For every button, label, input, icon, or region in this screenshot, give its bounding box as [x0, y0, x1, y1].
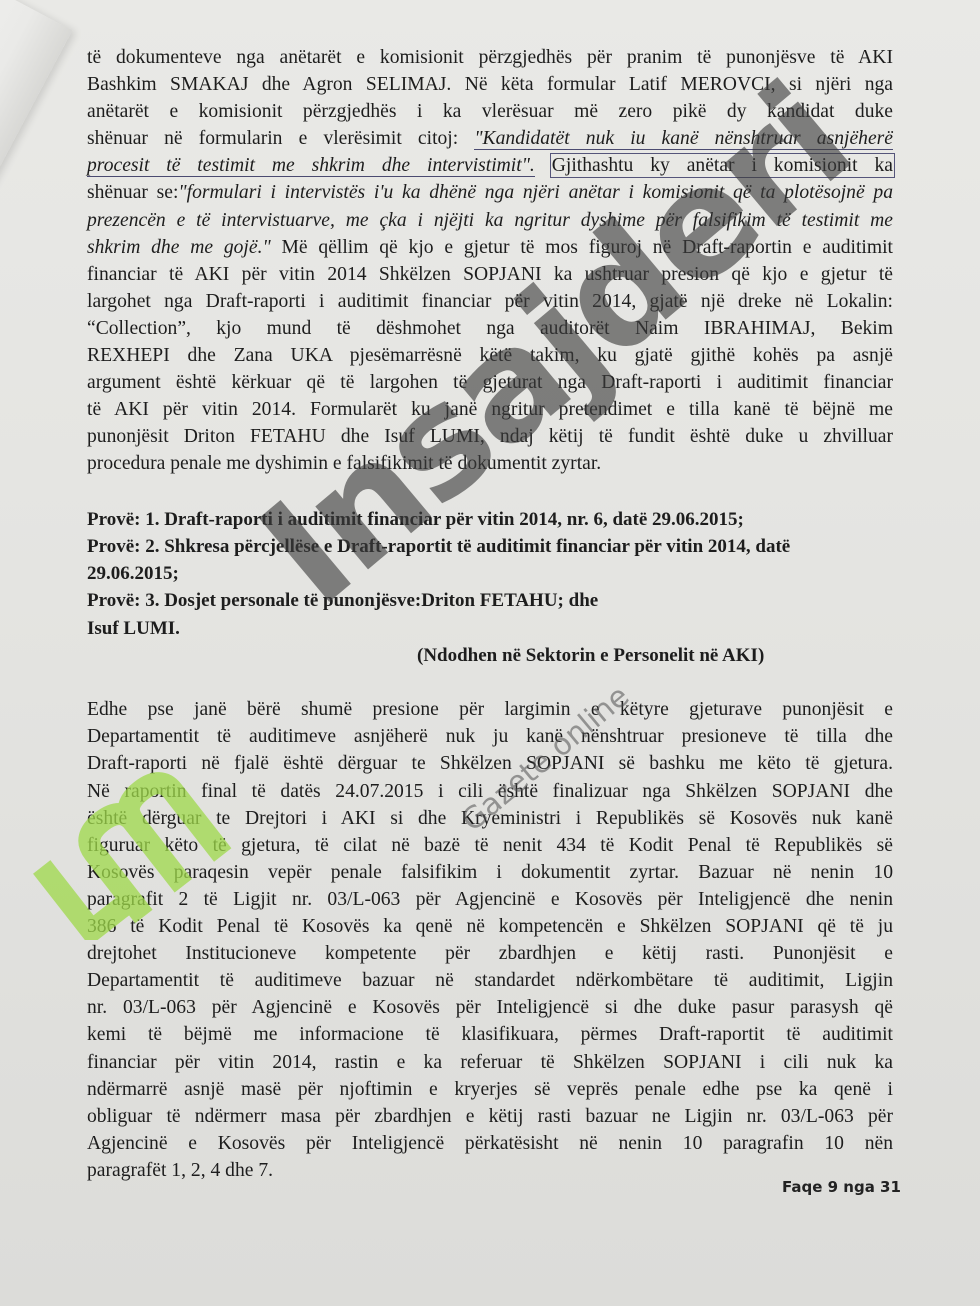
text-line: drejtohet Institucioneve kompetente për …: [87, 940, 893, 967]
text-line: 386 të Kodit Penal të Kosovës ka qenë në…: [87, 913, 893, 940]
boxed-text: Gjithashtu ky anëtar i komisionit ka: [552, 155, 893, 176]
evidence-item: Provë: 1. Draft-raporti i auditimit fina…: [87, 506, 893, 533]
text-line: punonjësit Driton FETAHU dhe Isuf LUMI, …: [87, 423, 893, 450]
evidence-item: 29.06.2015;: [87, 560, 893, 587]
text-line: obliguar të ndërmerr masa për zbardhjen …: [87, 1103, 893, 1130]
text-line: prezencën e të intervistuarve, me çka i …: [87, 207, 893, 234]
text-line: Agjencinë e Kosovës për Inteligjencë për…: [87, 1130, 893, 1157]
text-line: Kosovës paraqesin vepër penale falsifiki…: [87, 859, 893, 886]
text-line: financiar të AKI për vitin 2014 Shkëlzen…: [87, 261, 893, 288]
text-line: shënuar në formularin e vlerësimit citoj…: [87, 125, 893, 152]
text-segment: Më qëllim që kjo e gjetur të mos figuroj…: [271, 237, 893, 258]
paragraph-pressure: Edhe pse janë bërë shumë presione për la…: [87, 696, 893, 1184]
text-line: Departamentit të auditimeve bazuar në st…: [87, 967, 893, 994]
text-segment: shënuar në formularin e vlerësimit citoj…: [87, 128, 474, 149]
text-line: Departamentit të auditimeve asnjëherë nu…: [87, 723, 893, 750]
text-segment: shënuar se:: [87, 182, 178, 203]
text-line: REXHEPI dhe Zana UKA pjesëmarrësnë këtë …: [87, 342, 893, 369]
text-line: procedura penale me dyshimin e falsifiki…: [87, 450, 893, 477]
text-line: paragrafët 1, 2, 4 dhe 7.: [87, 1157, 893, 1184]
text-line: shënuar se:"formulari i intervistës i'u …: [87, 179, 893, 206]
quote-underlined: "Kandidatët nuk iu kanë nënshtruar asnjë…: [474, 128, 893, 150]
text-line: të dokumenteve nga anëtarët e komisionit…: [87, 44, 893, 71]
evidence-list: Provë: 1. Draft-raporti i auditimit fina…: [87, 506, 893, 670]
text-line: argument është kërkuar që të largohen të…: [87, 369, 893, 396]
quote-italic: "formulari i intervistës i'u ka dhënë ng…: [178, 182, 893, 203]
text-line: shkrim dhe me gojë." Më qëllim që kjo e …: [87, 234, 893, 261]
text-line: kemi të bëjmë me informacione të klasifi…: [87, 1021, 893, 1048]
text-line: nr. 03/L-063 për Agjencinë e Kosovës për…: [87, 994, 893, 1021]
text-line: paragrafit 2 të Ligjit nr. 03/L-063 për …: [87, 886, 893, 913]
quote-italic: shkrim dhe me gojë.": [87, 237, 271, 258]
text-line: anëtarët e komisionit përzgjedhës i ka v…: [87, 98, 893, 125]
paragraph-findings: të dokumenteve nga anëtarët e komisionit…: [87, 44, 893, 478]
evidence-item: Provë: 2. Shkresa përcjellëse e Draft-ra…: [87, 533, 893, 560]
text-line: procesit të testimit me shkrim dhe inter…: [87, 152, 893, 179]
text-line: financiar për vitin 2014, rastin e ka re…: [87, 1049, 893, 1076]
document-body: të dokumenteve nga anëtarët e komisionit…: [87, 44, 893, 1184]
evidence-item: Provë: 3. Dosjet personale të punonjësve…: [87, 587, 893, 614]
evidence-item: Isuf LUMI.: [87, 615, 893, 642]
text-line: të AKI për vitin 2014. Formularët ku jan…: [87, 396, 893, 423]
quote-underlined: procesit të testimit me shkrim dhe inter…: [87, 155, 535, 177]
previous-page-fold: [0, 0, 72, 648]
text-line: Draft-raporti në fjalë është dërguar te …: [87, 750, 893, 777]
text-line: largohet nga Draft-raporti i auditimit f…: [87, 288, 893, 315]
text-line: figuruar këto të gjetura, të cilat në ba…: [87, 832, 893, 859]
evidence-location: (Ndodhen në Sektorin e Personelit në AKI…: [87, 642, 893, 669]
text-line: Bashkim SMAKAJ dhe Agron SELIMAJ. Në kët…: [87, 71, 893, 98]
text-line: Edhe pse janë bërë shumë presione për la…: [87, 696, 893, 723]
page-number: Faqe 9 nga 31: [782, 1178, 901, 1196]
text-line: Në raportin final të datës 24.07.2015 i …: [87, 778, 893, 805]
text-line: “Collection”, kjo mund të dëshmohet nga …: [87, 315, 893, 342]
text-line: është dërguar te Drejtori i AKI si dhe K…: [87, 805, 893, 832]
text-line: ndërmarrë asnjë masë për njoftimin e kry…: [87, 1076, 893, 1103]
document-page: të dokumenteve nga anëtarët e komisionit…: [0, 0, 980, 1306]
